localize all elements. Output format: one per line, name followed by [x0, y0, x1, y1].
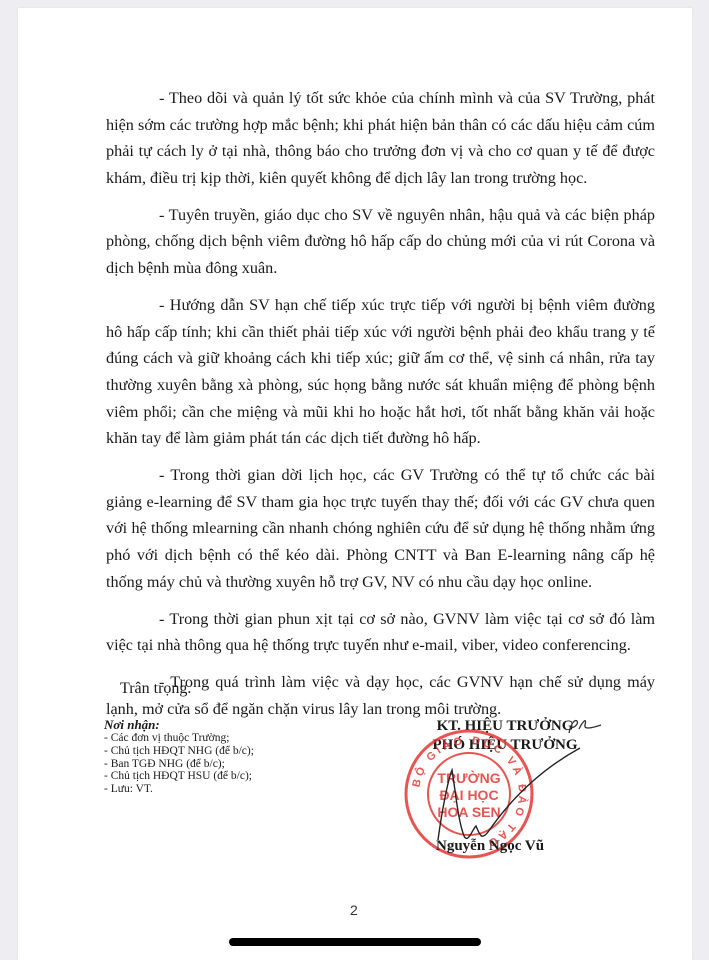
closing-salutation: Trân trọng.: [120, 680, 191, 698]
document-body: - Theo dõi và quản lý tốt sức khỏe của c…: [106, 85, 655, 733]
handwritten-signature: [430, 740, 610, 850]
paragraph-contact-guidance: - Hướng dẫn SV hạn chế tiếp xúc trực tiế…: [106, 292, 655, 452]
recipient-item: - Chủ tịch HĐQT NHG (để b/c);: [104, 745, 254, 758]
recipient-item: - Ban TGĐ NHG (để b/c);: [104, 758, 254, 771]
recipients-title: Nơi nhận:: [104, 717, 254, 732]
recipient-item: - Chủ tịch HĐQT HSU (để b/c);: [104, 770, 254, 783]
page-number: 2: [350, 902, 358, 918]
signer-name: Nguyễn Ngọc Vũ: [436, 838, 544, 855]
initials-mark-icon: [565, 715, 605, 737]
home-indicator-bar[interactable]: [229, 938, 481, 946]
paragraph-health-monitoring: - Theo dõi và quản lý tốt sức khỏe của c…: [106, 85, 655, 191]
recipient-item: - Các đơn vị thuộc Trường;: [104, 732, 254, 745]
paragraph-spraying: - Trong thời gian phun xịt tại cơ sở nào…: [106, 606, 655, 659]
recipients-list: Nơi nhận: - Các đơn vị thuộc Trường; - C…: [104, 717, 254, 796]
recipient-item: - Lưu: VT.: [104, 783, 254, 796]
paragraph-education: - Tuyên truyền, giáo dục cho SV về nguyê…: [106, 202, 655, 282]
paragraph-elearning: - Trong thời gian dời lịch học, các GV T…: [106, 462, 655, 595]
